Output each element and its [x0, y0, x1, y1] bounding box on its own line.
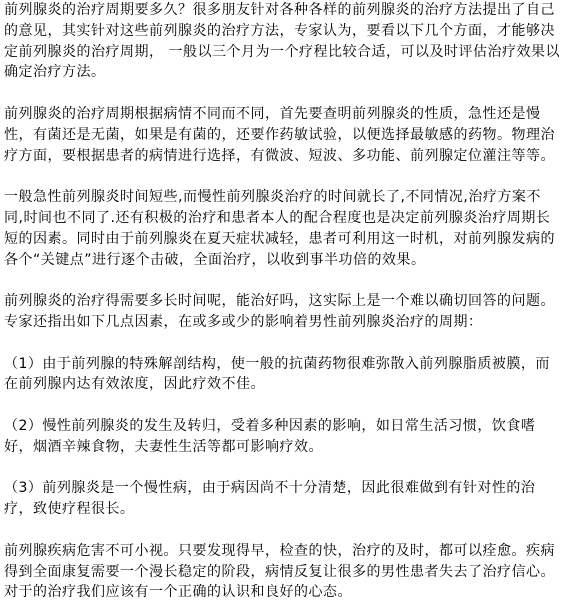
paragraph-factors-intro: 前列腺炎的治疗得需要多长时间呢，能治好吗，这实际上是一个难以确切回答的问题。专家… — [4, 291, 560, 333]
paragraph-treatment-period: 前列腺炎的治疗周期根据病情不同而不同，首先要查明前列腺炎的性质，急性还是慢性，有… — [4, 104, 560, 166]
list-item-factor-2: （2）慢性前列腺炎的发生及转归，受着多种因素的影响，如日常生活习惯，饮食嗜好，烟… — [4, 416, 560, 458]
paragraph-acute-vs-chronic: 一般急性前列腺炎时间短些,而慢性前列腺炎治疗的时间就长了,不同情况,治疗方案不同… — [4, 187, 560, 270]
list-item-factor-1: （1）由于前列腺的特殊解剖结构，使一般的抗菌药物很难弥散入前列腺脂质被膜，而在前… — [4, 354, 560, 396]
list-item-factor-3: （3）前列腺炎是一个慢性病，由于病因尚不十分清楚，因此很难做到有针对性的治疗，致… — [4, 478, 560, 520]
paragraph-intro: 前列腺炎的治疗周期要多久？很多朋友针对各种各样的前列腺炎的治疗方法提出了自己的意… — [4, 0, 560, 83]
paragraph-conclusion: 前列腺疾病危害不可小视。只要发现得早，检查的快，治疗的及时，都可以痊愈。疾病得到… — [4, 541, 560, 603]
article-body: 前列腺炎的治疗周期要多久？很多朋友针对各种各样的前列腺炎的治疗方法提出了自己的意… — [0, 0, 564, 603]
